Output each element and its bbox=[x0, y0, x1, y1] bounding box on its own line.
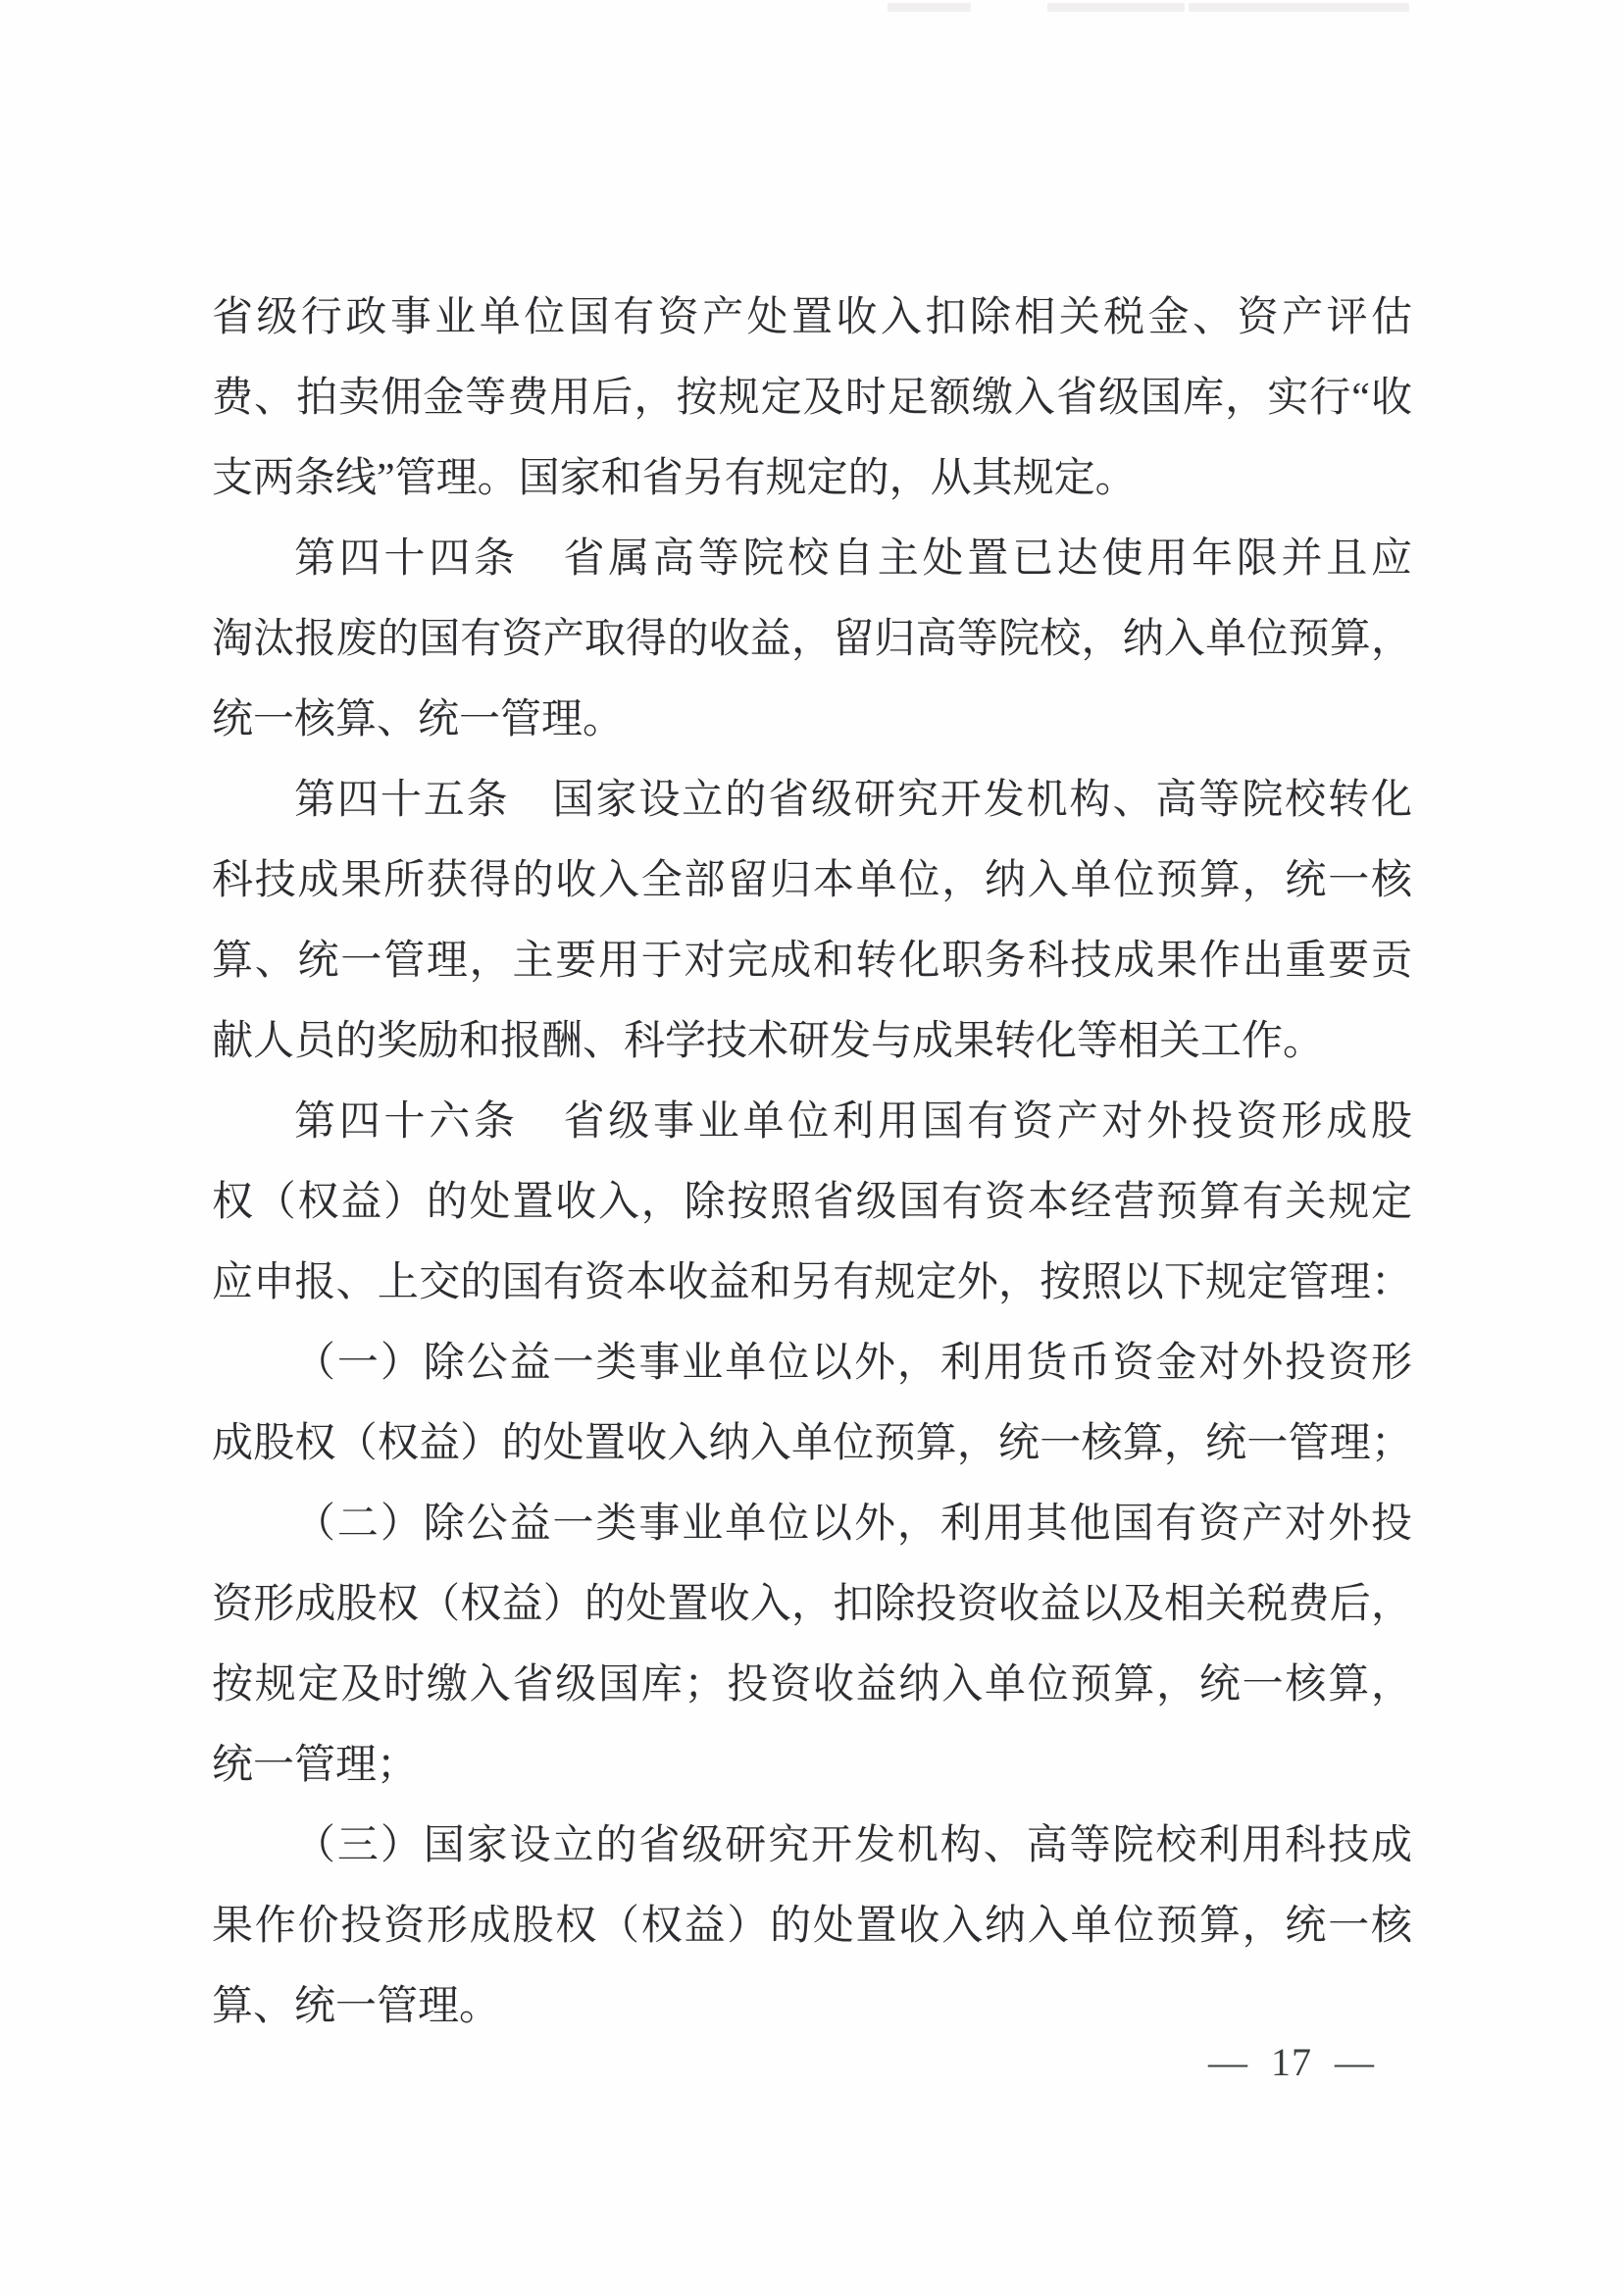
document-line: 科技成果所获得的收入全部留归本单位，纳入单位预算，统一核 bbox=[212, 841, 1412, 921]
document-body: 省级行政事业单位国有资产处置收入扣除相关税金、资产评估 费、拍卖佣金等费用后，按… bbox=[212, 278, 1412, 2047]
document-line-item-2: （二）除公益一类事业单位以外，利用其他国有资产对外投 bbox=[212, 1484, 1412, 1564]
document-line: 应申报、上交的国有资本收益和另有规定外，按照以下规定管理： bbox=[212, 1243, 1412, 1323]
document-line: 成股权（权益）的处置收入纳入单位预算，统一核算，统一管理； bbox=[212, 1403, 1412, 1484]
scan-artifact bbox=[888, 3, 971, 12]
scanned-document-page: 省级行政事业单位国有资产处置收入扣除相关税金、资产评估 费、拍卖佣金等费用后，按… bbox=[0, 0, 1624, 2294]
document-line: 资形成股权（权益）的处置收入，扣除投资收益以及相关税费后， bbox=[212, 1564, 1412, 1645]
document-line: 统一管理； bbox=[212, 1725, 1412, 1806]
document-line-item-1: （一）除公益一类事业单位以外，利用货币资金对外投资形 bbox=[212, 1323, 1412, 1403]
document-line-article-44: 第四十四条 省属高等院校自主处置已达使用年限并且应 bbox=[212, 519, 1412, 599]
page-number: — 17 — bbox=[1208, 2039, 1375, 2086]
document-line: 权（权益）的处置收入，除按照省级国有资本经营预算有关规定 bbox=[212, 1162, 1412, 1243]
document-line: 果作价投资形成股权（权益）的处置收入纳入单位预算，统一核 bbox=[212, 1886, 1412, 1966]
document-line: 支两条线”管理。国家和省另有规定的，从其规定。 bbox=[212, 438, 1412, 519]
document-line: 按规定及时缴入省级国库；投资收益纳入单位预算，统一核算， bbox=[212, 1645, 1412, 1725]
scan-artifact bbox=[1047, 3, 1185, 12]
document-line-article-45: 第四十五条 国家设立的省级研究开发机构、高等院校转化 bbox=[212, 760, 1412, 841]
document-line: 算、统一管理。 bbox=[212, 1966, 1412, 2047]
document-line: 费、拍卖佣金等费用后，按规定及时足额缴入省级国库，实行“收 bbox=[212, 358, 1412, 438]
scan-artifact bbox=[1189, 3, 1409, 12]
document-line: 统一核算、统一管理。 bbox=[212, 680, 1412, 760]
document-line: 淘汰报废的国有资产取得的收益，留归高等院校，纳入单位预算， bbox=[212, 599, 1412, 680]
document-line: 省级行政事业单位国有资产处置收入扣除相关税金、资产评估 bbox=[212, 278, 1412, 358]
document-line: 算、统一管理，主要用于对完成和转化职务科技成果作出重要贡 bbox=[212, 921, 1412, 1001]
document-line: 献人员的奖励和报酬、科学技术研发与成果转化等相关工作。 bbox=[212, 1001, 1412, 1082]
document-line-item-3: （三）国家设立的省级研究开发机构、高等院校利用科技成 bbox=[212, 1806, 1412, 1886]
document-line-article-46: 第四十六条 省级事业单位利用国有资产对外投资形成股 bbox=[212, 1082, 1412, 1162]
